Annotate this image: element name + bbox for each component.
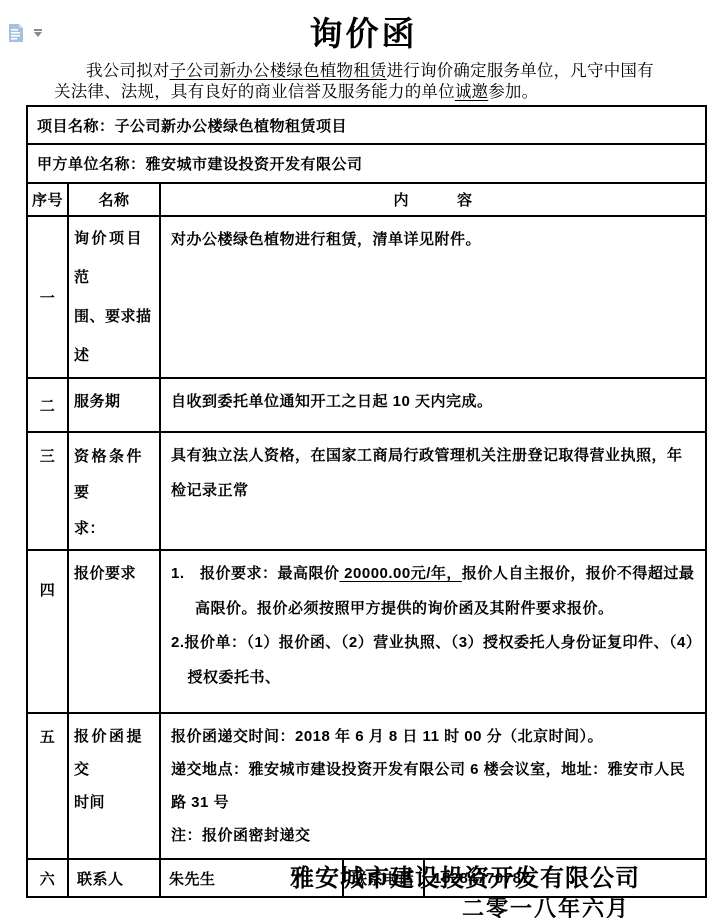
table-row: 四 报价要求 1. 报价要求：最高限价 20000.00元/年，报价人自主报价，…	[27, 550, 706, 713]
submission-place-line: 递交地点：雅安城市建设投资开发有限公司 6 楼会议室，地址：雅安市人民路 31 …	[171, 753, 695, 819]
footer-company-name: 雅安城市建设投资开发有限公司	[0, 858, 640, 893]
table-row: 五 报价函提交 时间 报价函递交时间：2018 年 6 月 8 日 11 时 0…	[27, 713, 706, 859]
project-name-cell: 项目名称：子公司新办公楼绿色植物租赁项目	[27, 106, 706, 144]
max-price-underlined: 20000.00元/年，	[340, 565, 462, 582]
intro-text: 参加。	[488, 82, 538, 101]
row4-content-cell: 1. 报价要求：最高限价 20000.00元/年，报价人自主报价，报价不得超过最…	[160, 550, 706, 713]
row5-name-cell: 报价函提交 时间	[68, 713, 160, 859]
table-header-row: 序号 名称 内容	[27, 183, 706, 216]
intro-underlined-invite: 诚邀	[455, 82, 488, 101]
row4-no-cell: 四	[27, 550, 68, 713]
intro-text: 我公司拟对	[86, 61, 170, 80]
intro-paragraph: 我公司拟对子公司新办公楼绿色植物租赁进行询价确定服务单位，凡守中国有关法律、法规…	[54, 60, 654, 102]
row1-content-cell: 对办公楼绿色植物进行租赁，清单详见附件。	[160, 216, 706, 378]
intro-underlined-subject: 子公司新办公楼绿色植物租赁	[170, 61, 387, 80]
table-row: 甲方单位名称：雅安城市建设投资开发有限公司	[27, 144, 706, 183]
header-name-cell: 名称	[68, 183, 160, 216]
row2-name-cell: 服务期	[68, 378, 160, 432]
row1-name-cell: 询价项目范 围、要求描述	[68, 216, 160, 378]
submission-time-line: 报价函递交时间：2018 年 6 月 8 日 11 时 00 分（北京时间）。	[171, 720, 695, 753]
header-content-cell: 内容	[160, 183, 706, 216]
row5-content-cell: 报价函递交时间：2018 年 6 月 8 日 11 时 00 分（北京时间）。 …	[160, 713, 706, 859]
quote-documents-item: 2.报价单：（1）报价函、（2）营业执照、（3）授权委托人身份证复印件、（4）授…	[171, 626, 695, 695]
table-row: 三 资格条件要 求： 具有独立法人资格，在国家工商局行政管理机关注册登记取得营业…	[27, 432, 706, 550]
header-no-cell: 序号	[27, 183, 68, 216]
row4-name-cell: 报价要求	[68, 550, 160, 713]
row2-no-cell: 二	[27, 378, 68, 432]
row2-content-cell: 自收到委托单位通知开工之日起 10 天内完成。	[160, 378, 706, 432]
table-row: 项目名称：子公司新办公楼绿色植物租赁项目	[27, 106, 706, 144]
row3-name-cell: 资格条件要 求：	[68, 432, 160, 550]
quote-requirement-item: 1. 报价要求：最高限价 20000.00元/年，报价人自主报价，报价不得超过最…	[171, 557, 695, 626]
page-title: 询价函	[0, 8, 727, 55]
party-name-cell: 甲方单位名称：雅安城市建设投资开发有限公司	[27, 144, 706, 183]
inquiry-table: 项目名称：子公司新办公楼绿色植物租赁项目 甲方单位名称：雅安城市建设投资开发有限…	[26, 105, 707, 898]
table-row: 二 服务期 自收到委托单位通知开工之日起 10 天内完成。	[27, 378, 706, 432]
row3-no-cell: 三	[27, 432, 68, 550]
submission-note-line: 注：报价函密封递交	[171, 819, 695, 852]
row1-no-cell: 一	[27, 216, 68, 378]
table-row: 一 询价项目范 围、要求描述 对办公楼绿色植物进行租赁，清单详见附件。	[27, 216, 706, 378]
footer-date: 二零一八年六月	[0, 892, 630, 918]
row5-no-cell: 五	[27, 713, 68, 859]
row3-content-cell: 具有独立法人资格，在国家工商局行政管理机关注册登记取得营业执照，年检记录正常	[160, 432, 706, 550]
